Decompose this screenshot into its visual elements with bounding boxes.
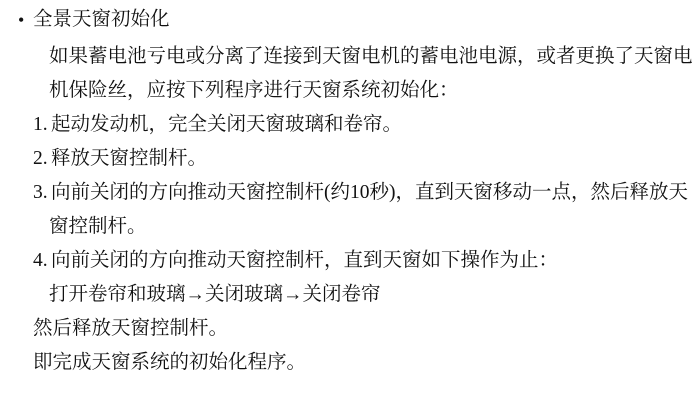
step-number: 4.	[33, 244, 51, 278]
step-item-1: 1. 起动发动机，完全关闭天窗玻璃和卷帘。	[0, 108, 700, 142]
intro-line-1: 如果蓄电池亏电或分离了连接到天窗电机的蓄电池电源，或者更换了天窗电	[0, 40, 700, 74]
document-page: • 全景天窗初始化 如果蓄电池亏电或分离了连接到天窗电机的蓄电池电源，或者更换了…	[0, 0, 700, 401]
step-item-3: 3. 向前关闭的方向推动天窗控制杆(约10秒)，直到天窗移动一点，然后释放天	[0, 176, 700, 210]
closing-line-2: 即完成天窗系统的初始化程序。	[0, 346, 700, 380]
intro-line-2: 机保险丝，应按下列程序进行天窗系统初始化：	[0, 74, 700, 108]
step-4-sequence: 打开卷帘和玻璃→关闭玻璃→关闭卷帘	[0, 278, 700, 312]
closing-line-1: 然后释放天窗控制杆。	[0, 312, 700, 346]
step-number: 2.	[33, 142, 51, 176]
step-3-continuation: 窗控制杆。	[0, 210, 700, 244]
section-title: 全景天窗初始化	[33, 3, 170, 37]
section-title-line: • 全景天窗初始化	[0, 3, 700, 37]
step-item-4: 4. 向前关闭的方向推动天窗控制杆，直到天窗如下操作为止：	[0, 244, 700, 278]
step-text: 向前关闭的方向推动天窗控制杆(约10秒)，直到天窗移动一点，然后释放天	[51, 176, 688, 210]
step-text: 向前关闭的方向推动天窗控制杆，直到天窗如下操作为止：	[51, 244, 558, 278]
step-number: 3.	[33, 176, 51, 210]
step-item-2: 2. 释放天窗控制杆。	[0, 142, 700, 176]
step-text: 释放天窗控制杆。	[51, 142, 207, 176]
step-number: 1.	[33, 108, 51, 142]
step-text: 起动发动机，完全关闭天窗玻璃和卷帘。	[51, 108, 402, 142]
bullet-icon: •	[18, 3, 33, 37]
